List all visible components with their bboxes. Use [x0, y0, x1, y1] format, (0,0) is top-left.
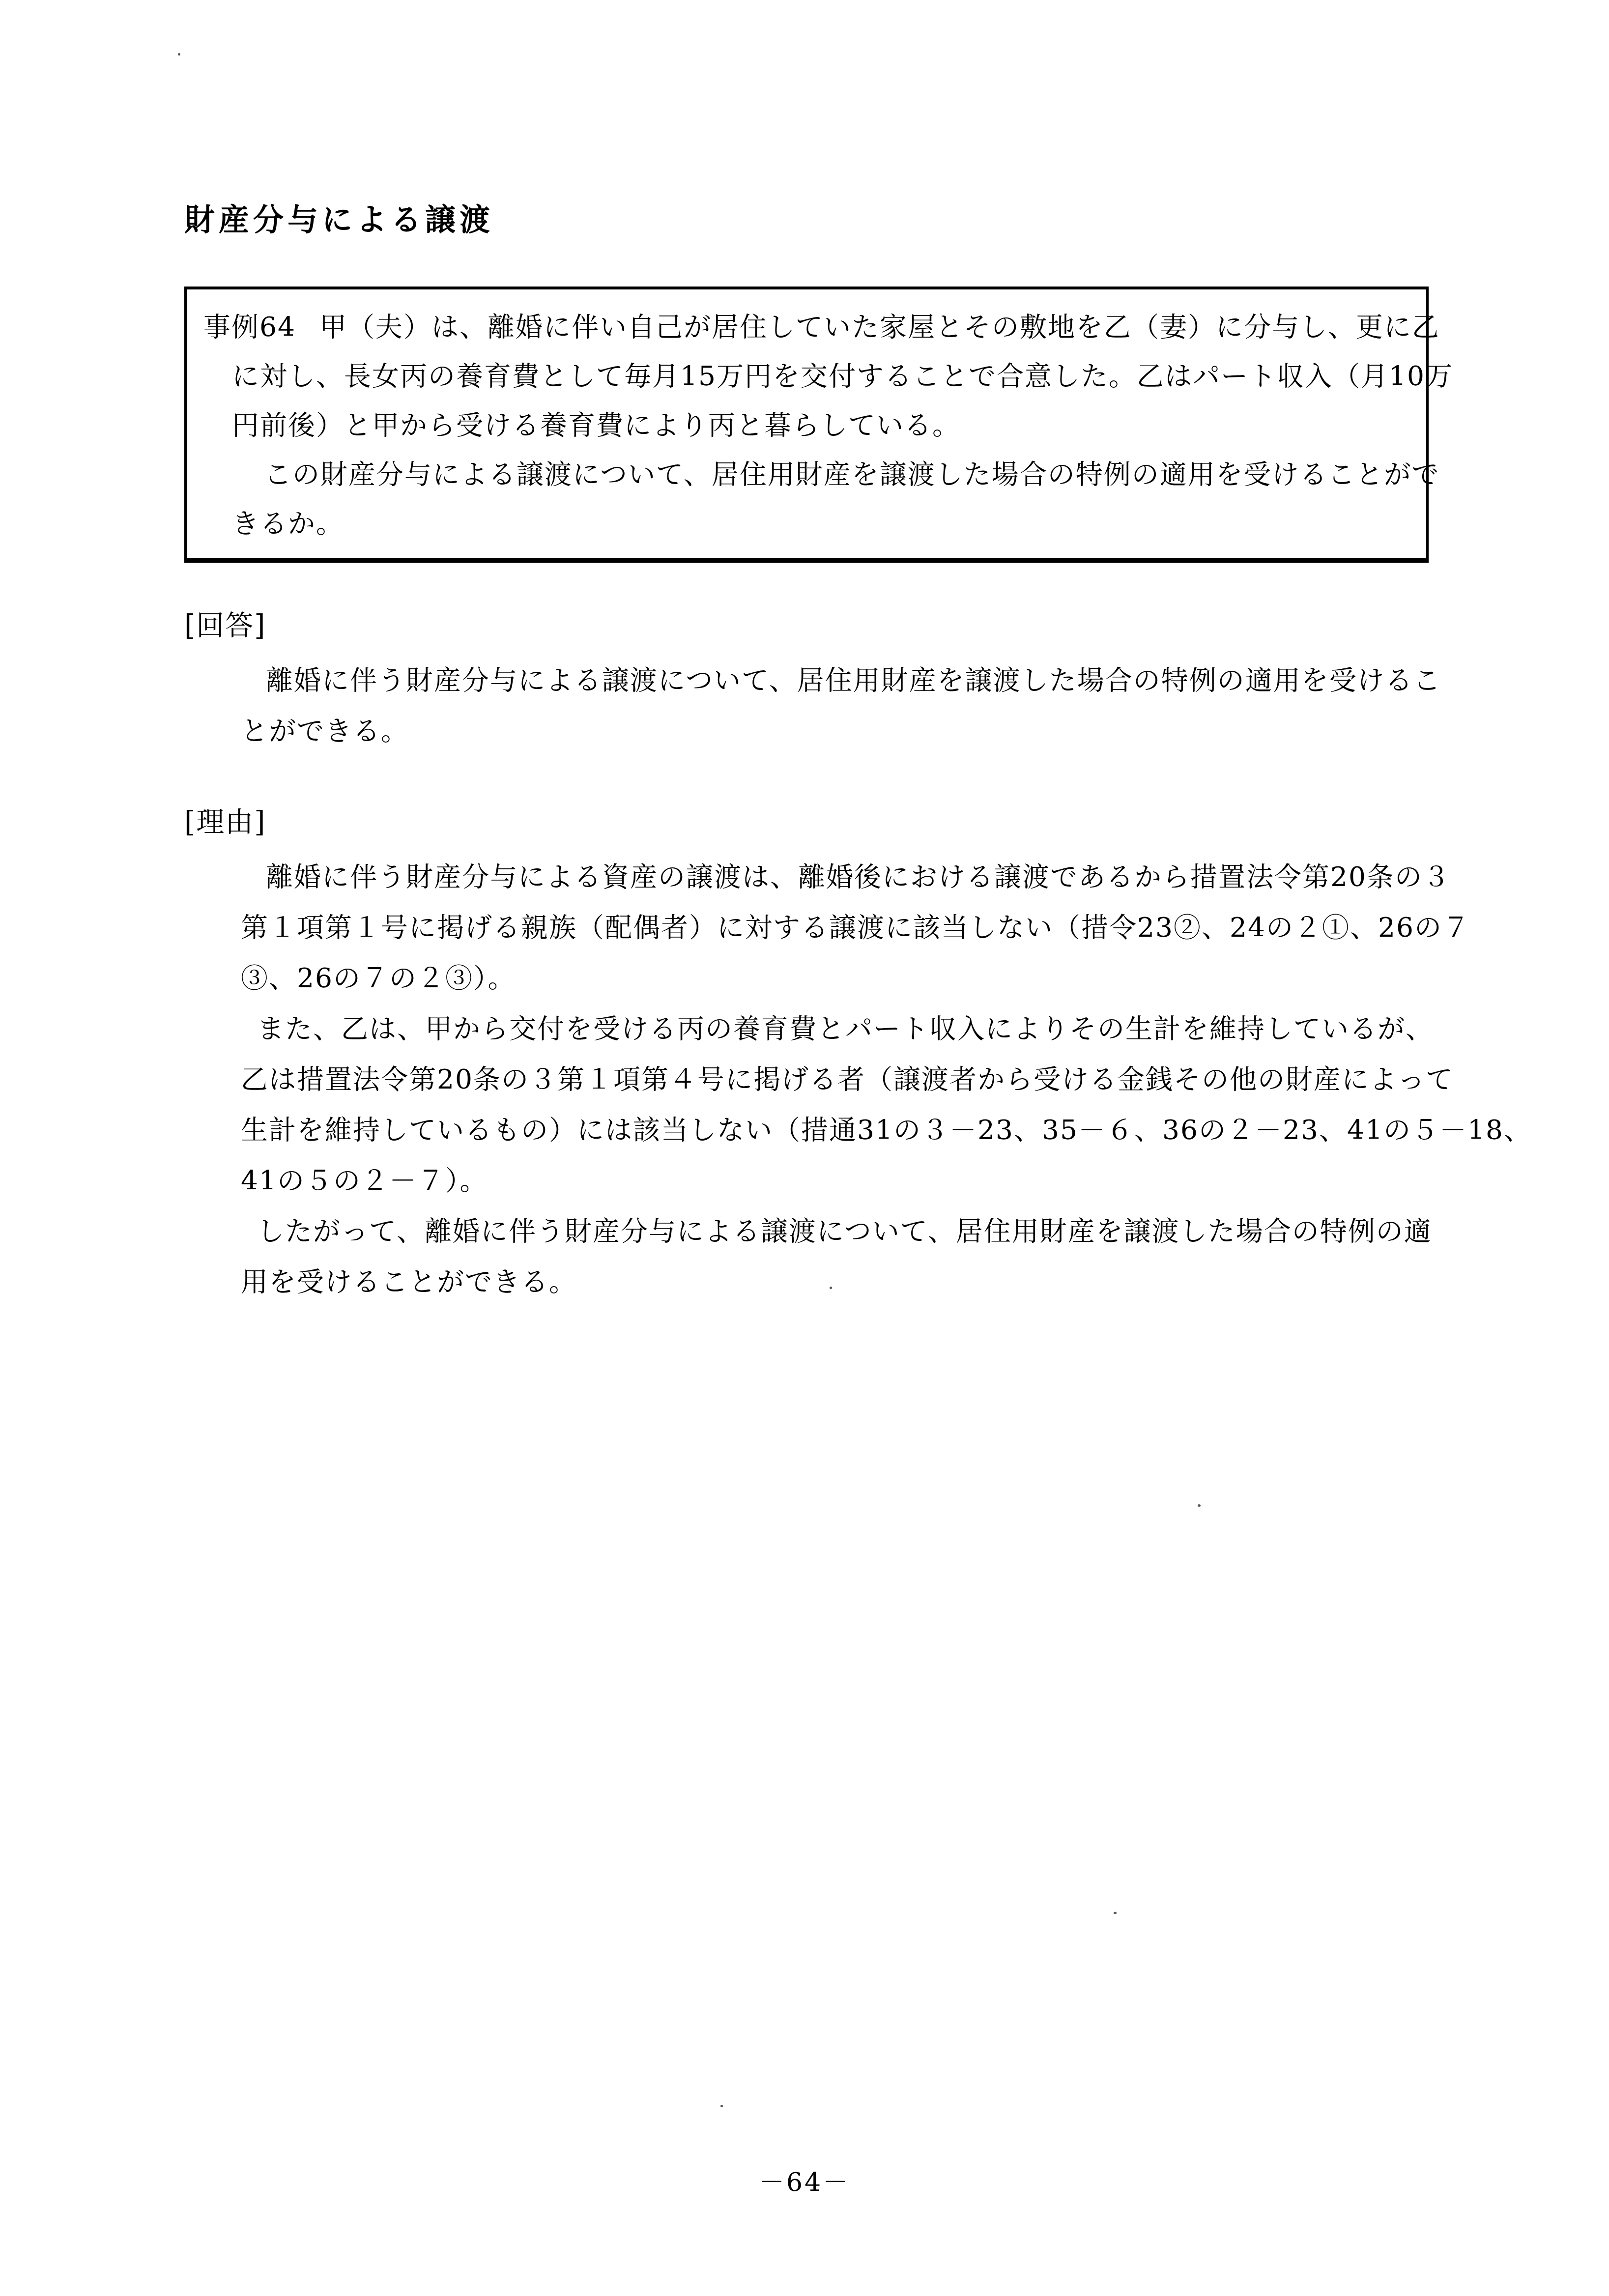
- reason-line: また、乙は、甲から交付を受ける丙の養育費とパート収入によりその生計を維持している…: [184, 1004, 1442, 1054]
- case-line: きるか。: [201, 499, 1411, 548]
- reason-section: [理由] 離婚に伴う財産分与による資産の譲渡は、離婚後における譲渡であるから措置…: [184, 797, 1442, 1307]
- reason-line: 生計を維持しているもの）には該当しない（措通31の３－23、35－６、36の２－…: [184, 1105, 1442, 1155]
- reason-line: 用を受けることができる。: [184, 1257, 1442, 1307]
- case-line: 事例64甲（夫）は、離婚に伴い自己が居住していた家屋とその敷地を乙（妻）に分与し…: [201, 302, 1411, 351]
- answer-line: 離婚に伴う財産分与による譲渡について、居住用財産を譲渡した場合の特例の適用を受け…: [184, 655, 1442, 706]
- scan-speck: [1198, 1504, 1201, 1507]
- answer-line: とができる。: [184, 706, 1442, 756]
- case-example-box: 事例64甲（夫）は、離婚に伴い自己が居住していた家屋とその敷地を乙（妻）に分与し…: [184, 287, 1429, 563]
- scan-speck: [830, 1287, 832, 1289]
- answer-heading: [回答]: [184, 601, 1442, 651]
- reason-line: 第１項第１号に掲げる親族（配偶者）に対する譲渡に該当しない（措令23②、24の２…: [184, 902, 1442, 953]
- case-line: この財産分与による譲渡について、居住用財産を譲渡した場合の特例の適用を受けること…: [201, 450, 1411, 499]
- answer-section: [回答] 離婚に伴う財産分与による譲渡について、居住用財産を譲渡した場合の特例の…: [184, 601, 1442, 756]
- case-line-text: 甲（夫）は、離婚に伴い自己が居住していた家屋とその敷地を乙（妻）に分与し、更に乙: [319, 311, 1440, 343]
- reason-line: ③、26の７の２③）。: [184, 953, 1442, 1004]
- scan-speck: [178, 53, 180, 56]
- scan-speck: [720, 2105, 723, 2107]
- reason-line: したがって、離婚に伴う財産分与による譲渡について、居住用財産を譲渡した場合の特例…: [184, 1206, 1442, 1257]
- case-line: 円前後）と甲から受ける養育費により丙と暮らしている。: [201, 401, 1411, 450]
- reason-line: 離婚に伴う財産分与による資産の譲渡は、離婚後における譲渡であるから措置法令第20…: [184, 852, 1442, 902]
- scan-speck: [1114, 1912, 1117, 1914]
- page-title: 財産分与による譲渡: [184, 196, 494, 239]
- reason-heading: [理由]: [184, 797, 1442, 848]
- case-number-label: 事例64: [203, 311, 296, 343]
- case-line: に対し、長女丙の養育費として毎月15万円を交付することで合意した。乙はパート収入…: [201, 351, 1411, 401]
- page-number: －64－: [0, 2161, 1609, 2198]
- document-page: 財産分与による譲渡 事例64甲（夫）は、離婚に伴い自己が居住していた家屋とその敷…: [0, 0, 1609, 2296]
- reason-line: 41の５の２－７）。: [184, 1155, 1442, 1206]
- reason-line: 乙は措置法令第20条の３第１項第４号に掲げる者（譲渡者から受ける金銭その他の財産…: [184, 1054, 1442, 1105]
